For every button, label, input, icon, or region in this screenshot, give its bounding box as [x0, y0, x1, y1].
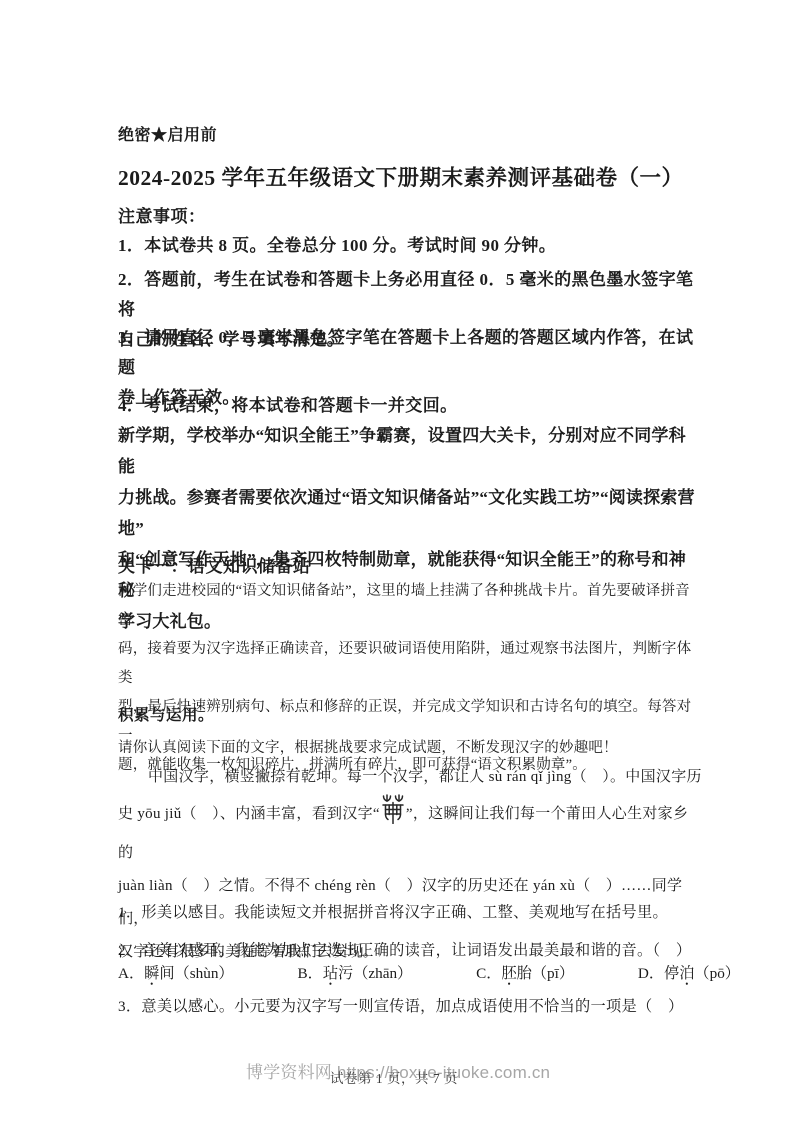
option-b-dotted-char: 玷 — [323, 962, 338, 983]
option-a-dotted-char: 瞬 — [144, 962, 159, 983]
option-a-label: A． — [118, 965, 144, 982]
option-c-label: C． — [476, 965, 501, 982]
option-b-label: B． — [297, 965, 322, 982]
option-c-pinyin: （pī） — [532, 965, 574, 982]
option-d-pinyin: （pō） — [694, 965, 740, 982]
question-2: 2．音美以感耳。我能为加点字选出正确的读音，让词语发出最美最和谐的音。（ ） — [118, 939, 702, 960]
option-a-word-post: 间 — [159, 965, 174, 982]
passage-line-2-before: 史 yōu jiǔ（ ）、内涵丰富，看到汉字“ — [118, 806, 380, 822]
option-a: A．瞬间（shùn） — [118, 962, 234, 983]
option-b-word-post: 污 — [338, 965, 353, 982]
security-marking: 绝密★启用前 — [118, 122, 702, 145]
option-c-dotted-char: 胚 — [501, 962, 516, 983]
question-1: 1．形美以感目。我能读短文并根据拼音将汉字正确、工整、美观地写在括号里。 — [118, 901, 702, 922]
reading-passage: 中国汉字，横竖撇捺有乾坤。每一个汉字，都让人 sù rán qǐ jìng（ ）… — [118, 761, 702, 969]
section-lead: 请你认真阅读下面的文字，根据挑战要求完成试题，不断发现汉字的妙趣吧！ — [118, 736, 702, 757]
option-a-pinyin: （shùn） — [175, 965, 234, 982]
option-c: C．胚胎（pī） — [476, 962, 574, 983]
notice-item-4: 4．考试结束，将本试卷和答题卡一并交回。 — [118, 391, 702, 416]
notice-heading: 注意事项： — [118, 202, 702, 227]
seal-script-pu-icon — [381, 794, 405, 837]
option-c-word-post: 胎 — [517, 965, 532, 982]
option-d-dotted-char: 泊 — [679, 962, 694, 983]
section-heading: 积累与运用。 — [118, 703, 702, 725]
level-one-heading: 关卡一：语文知识储备站 — [118, 552, 702, 577]
option-b-pinyin: （zhān） — [353, 965, 412, 982]
notice-item-1: 1．本试卷共 8 页。全卷总分 100 分。考试时间 90 分钟。 — [118, 231, 702, 256]
passage-line-2: 史 yōu jiǔ（ ）、内涵丰富，看到汉字“”，这瞬间让我们每一个莆田人心生对… — [118, 794, 702, 870]
question-3: 3．意美以感心。小元要为汉字写一则宣传语，加点成语使用不恰当的一项是（ ） — [118, 995, 702, 1016]
option-d-label: D． — [638, 965, 664, 982]
passage-line-1: 中国汉字，横竖撇捺有乾坤。每一个汉字，都让人 sù rán qǐ jìng（ ）… — [118, 761, 702, 794]
option-d-word-pre: 停 — [664, 965, 679, 982]
option-d: D．停泊（pō） — [638, 962, 740, 983]
question-2-options: A．瞬间（shùn） B．玷污（zhān） C．胚胎（pī） D．停泊（pō） — [118, 962, 740, 983]
page-number: 试卷第 1 页，共 7 页 — [330, 1067, 458, 1087]
exam-title: 2024-2025 学年五年级语文下册期末素养测评基础卷（一） — [118, 161, 718, 192]
option-b: B．玷污（zhān） — [297, 962, 412, 983]
